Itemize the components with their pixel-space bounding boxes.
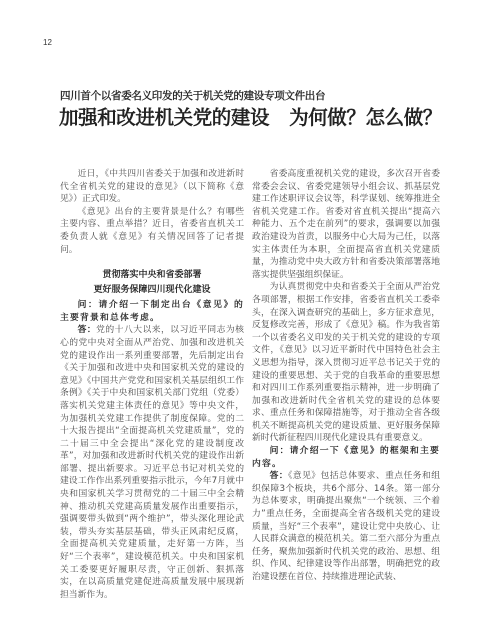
answer-2: 答：《意见》包括总体要求、重点任务和组织保障3个板块，共6个部分、14条。第一部…: [252, 470, 440, 583]
article-title: 加强和改进机关党的建设为何做？怎么做？: [59, 102, 442, 130]
section-heading-line-2: 更好服务保障四川现代化建设: [60, 283, 244, 298]
page-number: 12: [43, 38, 52, 47]
answer-2-text: 《意见》包括总体要求、重点任务和组织保障3个板块，共6个部分、14条。第一部分为…: [252, 471, 440, 582]
question-2-label: 问：: [270, 446, 290, 456]
title-part-1: 加强和改进机关党的建设: [59, 106, 269, 129]
answer-1-text: 党的十八大以来，以习近平同志为核心的党中央对全面从严治党、加强和改进机关党的建设…: [60, 325, 244, 599]
question-1-label: 问：: [78, 300, 99, 310]
right-column: 省委高度重视机关党的建设，多次召开省委常委会会议、省委党建领导小组会议、抓基层党…: [252, 168, 440, 584]
right-paragraph-1: 省委高度重视机关党的建设，多次召开省委常委会会议、省委党建领导小组会议、抓基层党…: [252, 168, 440, 281]
question-2: 问：请介绍一下《意见》的框架和主要内容。: [252, 445, 440, 470]
answer-1-label: 答：: [78, 325, 97, 335]
intro-paragraph-1: 近日，《中共四川省委关于加强和改进新时代全省机关党的建设的意见》（以下简称《意见…: [60, 168, 244, 206]
answer-1: 答：党的十八大以来，以习近平同志为核心的党中央对全面从严治党、加强和改进机关党的…: [60, 324, 244, 601]
intro-paragraph-2: 《意见》出台的主要背景是什么？有哪些主要内容、重点举措？近日，省委省直机关工委负…: [60, 206, 244, 256]
left-column: 近日，《中共四川省委关于加强和改进新时代全省机关党的建设的意见》（以下简称《意见…: [60, 168, 244, 601]
article-subtitle: 四川首个以省委名义印发的关于机关党的建设专项文件出台: [60, 88, 325, 103]
section-heading-line-1: 贯彻落实中央和省委部署: [60, 268, 244, 283]
answer-2-label: 答：: [270, 471, 288, 481]
title-part-2: 为何做？怎么做？: [289, 106, 442, 129]
right-paragraph-2: 为认真贯彻党中央和省委关于全面从严治党各项部署，根据工作安排，省委省直机关工委牵…: [252, 281, 440, 445]
section-heading: 贯彻落实中央和省委部署 更好服务保障四川现代化建设: [60, 268, 244, 298]
question-1: 问：请介绍一下制定出台《意见》的主要背景和总体考虑。: [60, 299, 244, 324]
